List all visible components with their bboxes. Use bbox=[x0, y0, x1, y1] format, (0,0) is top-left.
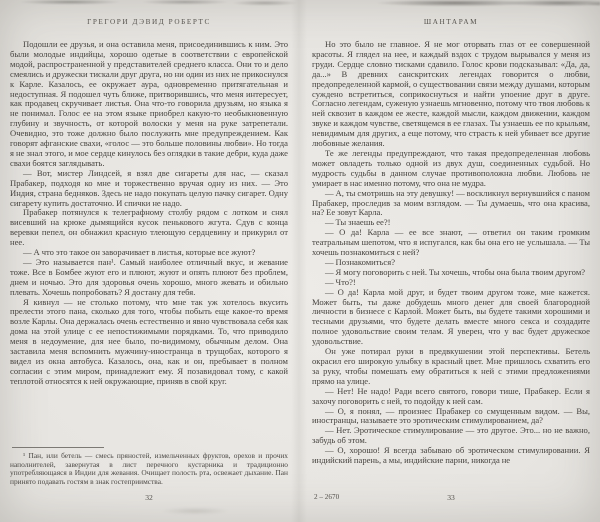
scan-artifact-top bbox=[0, 0, 600, 9]
running-header-title: ШАНТАРАМ bbox=[312, 18, 590, 26]
page-number-right: 33 bbox=[312, 493, 590, 502]
paragraph: — Вот, мистер Линдсей, я взял две сигаре… bbox=[10, 169, 288, 209]
footnote-text: ¹ Пан, или бетель — смесь пряностей, изм… bbox=[10, 452, 288, 487]
paragraph: — Нет. Эротическое стимулирование — это … bbox=[312, 426, 590, 446]
book-spread: ГРЕГОРИ ДЭВИД РОБЕРТС Подошли ее друзья,… bbox=[0, 0, 600, 522]
paragraph: — Это называется пан¹. Самый наиболее от… bbox=[10, 258, 288, 298]
paragraph: — А, ты смотришь на эту девушку! — воскл… bbox=[312, 189, 590, 219]
scan-artifact-bottom bbox=[150, 505, 240, 517]
paragraph: Те же легенды предупреждают, что такая п… bbox=[312, 149, 590, 189]
page-number-left: 32 bbox=[10, 493, 288, 502]
paragraph: Он уже потирал руки в предвкушении этой … bbox=[312, 347, 590, 387]
paragraph: Но это было не главное. Я не мог оторват… bbox=[312, 40, 590, 149]
page-right: ШАНТАРАМ Но это было не главное. Я не мо… bbox=[312, 18, 590, 504]
paragraph: — Нет! Не надо! Ради всего святого, гово… bbox=[312, 387, 590, 407]
left-page-footer: 32 bbox=[10, 493, 288, 504]
footnote-separator bbox=[12, 447, 104, 448]
footnote-block: ¹ Пан, или бетель — смесь пряностей, изм… bbox=[10, 447, 288, 487]
paragraph: — О да! Карла мой друг, и будет твоим др… bbox=[312, 288, 590, 347]
paragraph: Подошли ее друзья, и она оставила меня, … bbox=[10, 40, 288, 169]
paragraph: — О, я понял, — произнес Прабакер со сму… bbox=[312, 407, 590, 427]
right-page-body: Но это было не главное. Я не мог оторват… bbox=[312, 40, 590, 466]
running-header-author: ГРЕГОРИ ДЭВИД РОБЕРТС bbox=[10, 18, 288, 26]
paragraph: Я кивнул — не столько потому, что мне та… bbox=[10, 298, 288, 387]
paragraph: — О да! Карла — ее все знают, — ответил … bbox=[312, 228, 590, 258]
right-page-footer: 2 – 2670 33 bbox=[312, 493, 590, 504]
left-page-body: Подошли ее друзья, и она оставила меня, … bbox=[10, 40, 288, 387]
paragraph: Прабакер потянулся к телеграфному столбу… bbox=[10, 208, 288, 248]
page-left: ГРЕГОРИ ДЭВИД РОБЕРТС Подошли ее друзья,… bbox=[10, 18, 288, 504]
paragraph: — О, хорошо! Я всегда забываю об эротиче… bbox=[312, 446, 590, 466]
